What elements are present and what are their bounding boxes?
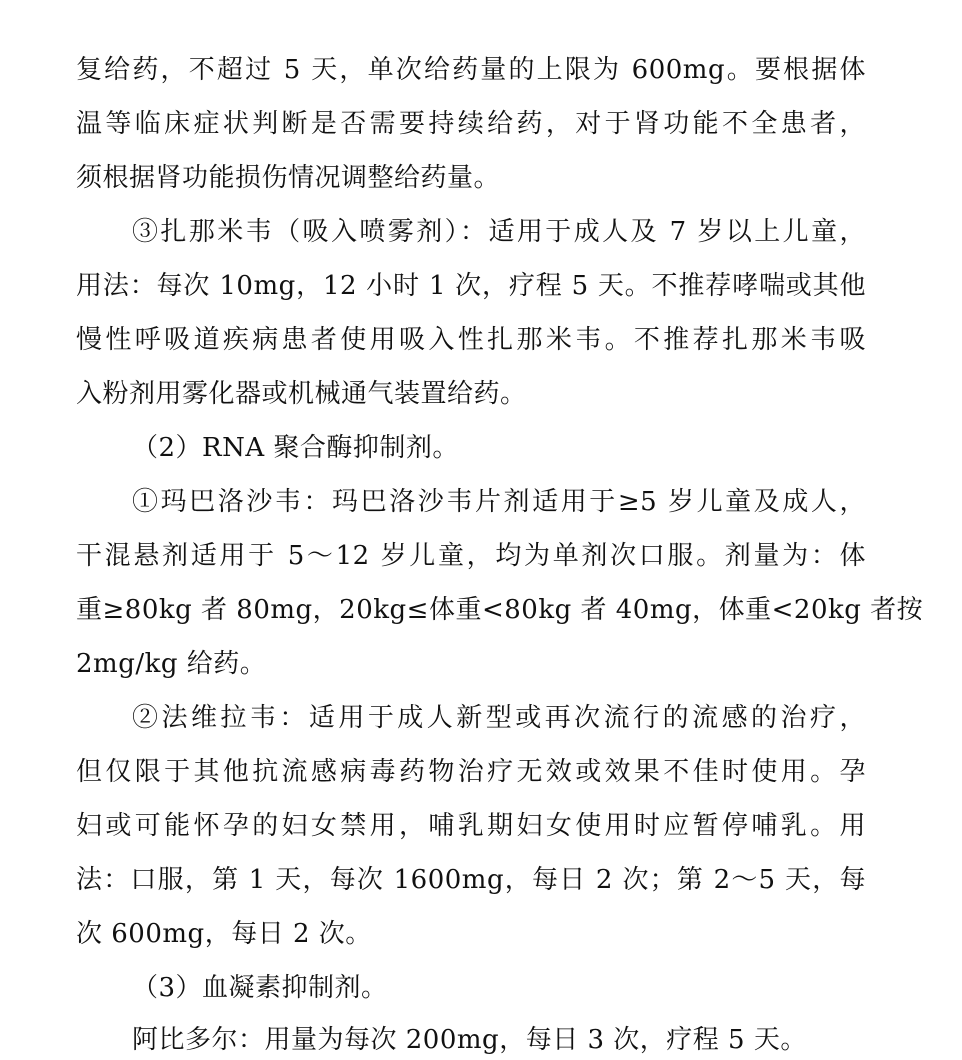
paragraph-arbidol: 阿比多尔：用量为每次 200mg，每日 3 次，疗程 5 天。 — [132, 1020, 922, 1060]
text-line: 用法：每次 10mg，12 小时 1 次，疗程 5 天。不推荐哮喘或其他 — [76, 266, 866, 306]
paragraph-baloxavir-heading-line: ①玛巴洛沙韦：玛巴洛沙韦片剂适用于≥5 岁儿童及成人， — [132, 482, 866, 522]
text-line: 重≥80kg 者 80mg，20kg≤体重<80kg 者 40mg，体重<20k… — [76, 590, 866, 630]
text-line: 妇或可能怀孕的妇女禁用，哺乳期妇女使用时应暂停哺乳。用 — [76, 806, 866, 846]
text-line: 入粉剂用雾化器或机械通气装置给药。 — [76, 374, 866, 414]
paragraph-zanamivir-heading-line: ③扎那米韦（吸入喷雾剂）：适用于成人及 7 岁以上儿童， — [132, 212, 866, 252]
text-line: 次 600mg，每日 2 次。 — [76, 914, 866, 954]
paragraph-favipiravir-heading-line: ②法维拉韦：适用于成人新型或再次流行的流感的治疗， — [132, 698, 866, 738]
text-line: 须根据肾功能损伤情况调整给药量。 — [76, 158, 866, 198]
text-line: 温等临床症状判断是否需要持续给药，对于肾功能不全患者， — [76, 104, 866, 144]
text-line: 复给药，不超过 5 天，单次给药量的上限为 600mg。要根据体 — [76, 50, 866, 90]
text-line: 慢性呼吸道疾病患者使用吸入性扎那米韦。不推荐扎那米韦吸 — [76, 320, 866, 360]
document-page: 复给药，不超过 5 天，单次给药量的上限为 600mg。要根据体 温等临床症状判… — [0, 0, 962, 1060]
text-line: 但仅限于其他抗流感病毒药物治疗无效或效果不佳时使用。孕 — [76, 752, 866, 792]
section-heading-rna-polymerase-inhibitors: （2）RNA 聚合酶抑制剂。 — [132, 428, 866, 468]
section-heading-hemagglutinin-inhibitors: （3）血凝素抑制剂。 — [132, 968, 866, 1008]
text-line: 法：口服，第 1 天，每次 1600mg，每日 2 次；第 2～5 天，每 — [76, 860, 866, 900]
text-line: 2mg/kg 给药。 — [76, 644, 866, 684]
text-line: 干混悬剂适用于 5～12 岁儿童，均为单剂次口服。剂量为：体 — [76, 536, 866, 576]
